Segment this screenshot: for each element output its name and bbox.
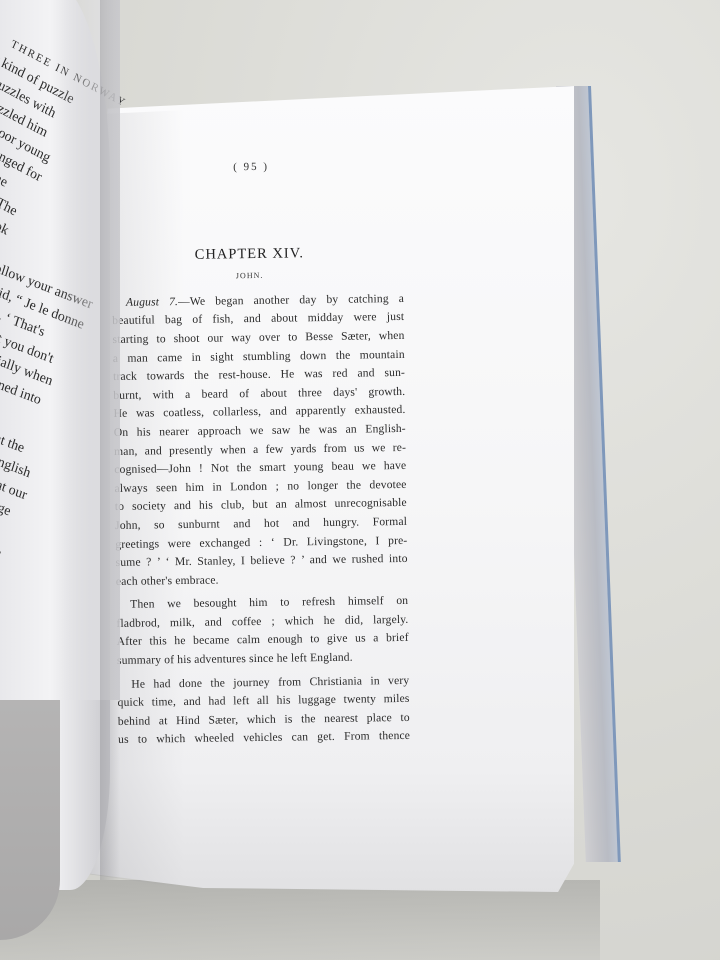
left-page-fold bbox=[0, 700, 60, 940]
chapter-title: CHAPTER XIV. bbox=[95, 243, 403, 266]
entry-date: August 7. bbox=[126, 295, 178, 309]
right-page-text: ( 95 ) CHAPTER XIV. JOHN. August 7.—We b… bbox=[110, 156, 410, 750]
gutter-shadow bbox=[100, 0, 120, 880]
paragraph-1: August 7.—We began another day by catchi… bbox=[112, 290, 408, 592]
paragraph-3: He had done the journey from Christiania… bbox=[117, 672, 410, 750]
text-line: summary of his adventures since he left … bbox=[117, 648, 409, 671]
text-line: each other's embrace. bbox=[116, 569, 408, 592]
paragraph-2: Then we besought him to refresh himself … bbox=[116, 592, 409, 670]
book-shadow bbox=[0, 880, 600, 960]
page-number: ( 95 ) bbox=[100, 156, 402, 179]
chapter-subtitle: JOHN. bbox=[96, 265, 404, 288]
